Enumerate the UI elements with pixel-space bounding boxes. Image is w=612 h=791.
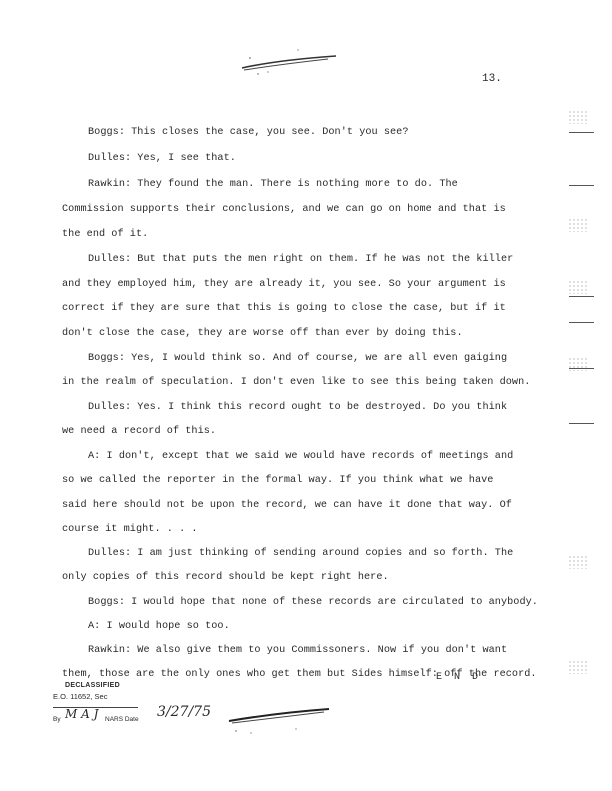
page-number: 13.	[482, 73, 502, 85]
end-mark: E N D	[436, 672, 481, 683]
margin-speckle	[568, 218, 588, 232]
transcript-line: the end of it.	[62, 229, 148, 240]
transcript-line: Boggs: Yes, I would think so. And of cou…	[88, 353, 507, 364]
stamp-nars-label: NARS Date	[105, 716, 139, 723]
transcript-line: Dulles: Yes. I think this record ought t…	[88, 402, 507, 413]
transcript-line: we need a record of this.	[62, 426, 216, 437]
stamp-initials: M A J	[65, 707, 98, 721]
margin-rule	[569, 296, 594, 297]
margin-rule	[569, 185, 594, 186]
margin-speckle	[568, 357, 588, 371]
transcript-line: and they employed him, they are already …	[62, 279, 506, 290]
handwritten-scribble-bottom	[226, 705, 331, 737]
stamp-date: 3/27/75	[157, 704, 211, 720]
margin-rule	[569, 322, 594, 323]
margin-speckle	[568, 660, 588, 674]
transcript-line: Rawkin: We also give them to you Commiss…	[88, 645, 507, 656]
transcript-line: in the realm of speculation. I don't eve…	[62, 377, 530, 388]
margin-rule	[569, 423, 594, 424]
transcript-line: don't close the case, they are worse off…	[62, 328, 463, 339]
margin-speckle	[568, 555, 588, 569]
transcript-line: Boggs: I would hope that none of these r…	[88, 597, 538, 608]
margin-speckle	[568, 110, 588, 124]
stamp-by-label: By	[53, 716, 61, 723]
transcript-line: only copies of this record should be kep…	[62, 572, 389, 583]
declassification-stamp: DECLASSIFIED E.O. 11652, Sec By M A J NA…	[50, 682, 210, 742]
transcript-line: A: I don't, except that we said we would…	[88, 451, 513, 462]
transcript-line: Commission supports their conclusions, a…	[62, 204, 506, 215]
stamp-authority: E.O. 11652, Sec	[53, 692, 107, 701]
transcript-line: course it might. . . .	[62, 524, 198, 535]
transcript-line: correct if they are sure that this is go…	[62, 303, 506, 314]
transcript-line: Dulles: I am just thinking of sending ar…	[88, 548, 513, 559]
transcript-line: Dulles: But that puts the men right on t…	[88, 254, 513, 265]
margin-speckle	[568, 280, 588, 294]
handwritten-scribble	[238, 48, 338, 78]
transcript-line: Rawkin: They found the man. There is not…	[88, 179, 458, 190]
transcript-line: so we called the reporter in the formal …	[62, 475, 493, 486]
margin-rule	[569, 132, 594, 133]
transcript-line: A: I would hope so too.	[88, 621, 230, 632]
stamp-title: DECLASSIFIED	[65, 682, 120, 689]
transcript-line: Dulles: Yes, I see that.	[88, 153, 236, 164]
document-page: 13. Boggs: This closes the case, you see…	[0, 0, 612, 791]
transcript-line: said here should not be upon the record,…	[62, 500, 512, 511]
transcript-line: Boggs: This closes the case, you see. Do…	[88, 127, 409, 138]
